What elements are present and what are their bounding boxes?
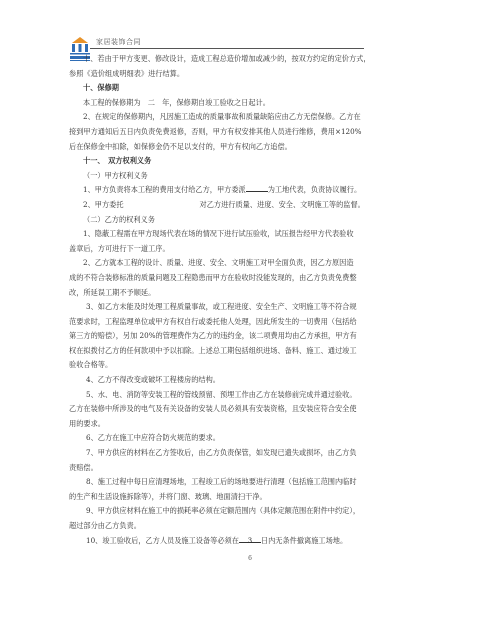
- paragraph: 责赔偿。: [69, 461, 369, 476]
- paragraph: 超过部分由乙方负责。: [69, 519, 369, 534]
- paragraph: 盖章后，方可进行下一道工序。: [69, 242, 369, 257]
- paragraph: 范要求时，工程监理单位或甲方有权自行或委托他人处理，因此所发生的一切费用（包括给: [69, 315, 369, 330]
- paragraph: 2、在规定的保修期内，凡因施工造成的质量事故和质量缺陷应由乙方无偿保修。乙方在: [69, 110, 369, 125]
- paragraph: 1、甲方负责将本工程的费用支付给乙方，甲方委派为工地代表，负责协议履行。: [69, 183, 369, 198]
- text-segment: 1、甲方负责将本工程的费用支付给乙方，甲方委派: [83, 185, 246, 194]
- paragraph: 成的不符合装修标准的质量问题及工程隐患而甲方在验收时没能发现的，由乙方负责免费整: [69, 271, 369, 286]
- header-title: 家居装饰合同: [96, 37, 141, 47]
- section-heading-rights: 十一、 双方权利义务: [69, 154, 369, 169]
- paragraph: 10、竣工验收后，乙方人员及施工设备等必须在3日内无条件撤离施工场地。: [69, 534, 369, 549]
- paragraph: 乙方在装修中所涉及的电气及有关设备的安装人员必须具有安装资格，且安装应符合安全使: [69, 402, 369, 417]
- text-segment: 2、甲方委托: [83, 200, 124, 209]
- paragraph: 7、甲方供应的材料在乙方签收后，由乙方负责保管，如发现已遗失或损坏，由乙方负: [69, 446, 369, 461]
- header-divider: [90, 48, 364, 49]
- section-heading-warranty: 十、保修期: [69, 81, 369, 96]
- paragraph: 接到甲方通知后五日内负责免费返修，否则，甲方有权安排其他人员进行维修，费用×12…: [69, 125, 369, 140]
- page-number: 6: [0, 555, 500, 562]
- paragraph: 5、水、电、消防等安装工程的管线预留、预埋工作由乙方在装修前完成并通过验收。: [69, 388, 369, 403]
- paragraph: 8、施工过程中每日应清理场地，工程竣工后的场地要进行清理（包括施工范围内临时: [69, 475, 369, 490]
- paragraph: 用的要求。: [69, 417, 369, 432]
- text-segment: 为工地代表，负责协议履行。: [268, 185, 361, 194]
- text-segment: 对乙方进行质量、进度、安全、文明施工等的监督。: [200, 200, 365, 209]
- paragraph: 3、如乙方未能及时处理工程质量事故，或工程进度、安全生产、文明施工等不符合规: [69, 300, 369, 315]
- paragraph: 验收合格等。: [69, 358, 369, 373]
- paragraph: 权在拟拨付乙方的任何款项中予以扣除。上述总工期包括组织进场、备料、施工、通过竣工: [69, 344, 369, 359]
- paragraph: 参照《造价组成明细表》进行结算。: [69, 67, 369, 82]
- subsection-heading-party-b: （二）乙方的权利义务: [69, 213, 369, 228]
- contract-body: 十、若由于甲方变更、修改设计，造成工程总造价增加或减少的，按双方约定的定价方式，…: [69, 52, 369, 548]
- fill-in-blank-days: 3: [239, 534, 261, 543]
- paragraph: 的生产和生活设施拆除等），并将门窗、玻璃、地面清扫干净。: [69, 490, 369, 505]
- paragraph: 9、甲方供应材料在施工中的损耗率必须在定额范围内（具体定额范围在附件中约定），: [69, 504, 369, 519]
- paragraph: 4、乙方不得改变或破坏工程楼房的结构。: [69, 373, 369, 388]
- paragraph: 1、隐蔽工程需在甲方现场代表在场的情况下进行试压验收，试压报告经甲方代表验收: [69, 227, 369, 242]
- text-segment: 日内无条件撤离施工场地。: [261, 536, 347, 545]
- paragraph: 6、乙方在施工中应符合防火规范的要求。: [69, 431, 369, 446]
- subsection-heading-party-a: （一）甲方权利义务: [69, 169, 369, 184]
- paragraph: 改，所延误工期不予顺延。: [69, 286, 369, 301]
- document-page: 家居装饰合同 十、若由于甲方变更、修改设计，造成工程总造价增加或减少的，按双方约…: [0, 0, 500, 630]
- paragraph: 第三方的赔偿），另加 20%的管理费作为乙方的违约金，该二项费用均由乙方承担，甲…: [69, 329, 369, 344]
- fill-in-blank-site-rep: [246, 183, 268, 192]
- paragraph: 2、甲方委托对乙方进行质量、进度、安全、文明施工等的监督。: [69, 198, 369, 213]
- paragraph: 本工程的保修期为 二 年，保修期自竣工验收之日起计。: [69, 96, 369, 111]
- text-segment: 10、竣工验收后，乙方人员及施工设备等必须在: [86, 536, 239, 545]
- paragraph: 2、乙方就本工程的设计、质量、进度、安全、文明施工对甲全面负责，因乙方原因造: [69, 256, 369, 271]
- paragraph: 十、若由于甲方变更、修改设计，造成工程总造价增加或减少的，按双方约定的定价方式，: [69, 52, 369, 67]
- paragraph: 后在保修金中扣除，如保修金仍不足以支付的，甲方有权向乙方追偿。: [69, 140, 369, 155]
